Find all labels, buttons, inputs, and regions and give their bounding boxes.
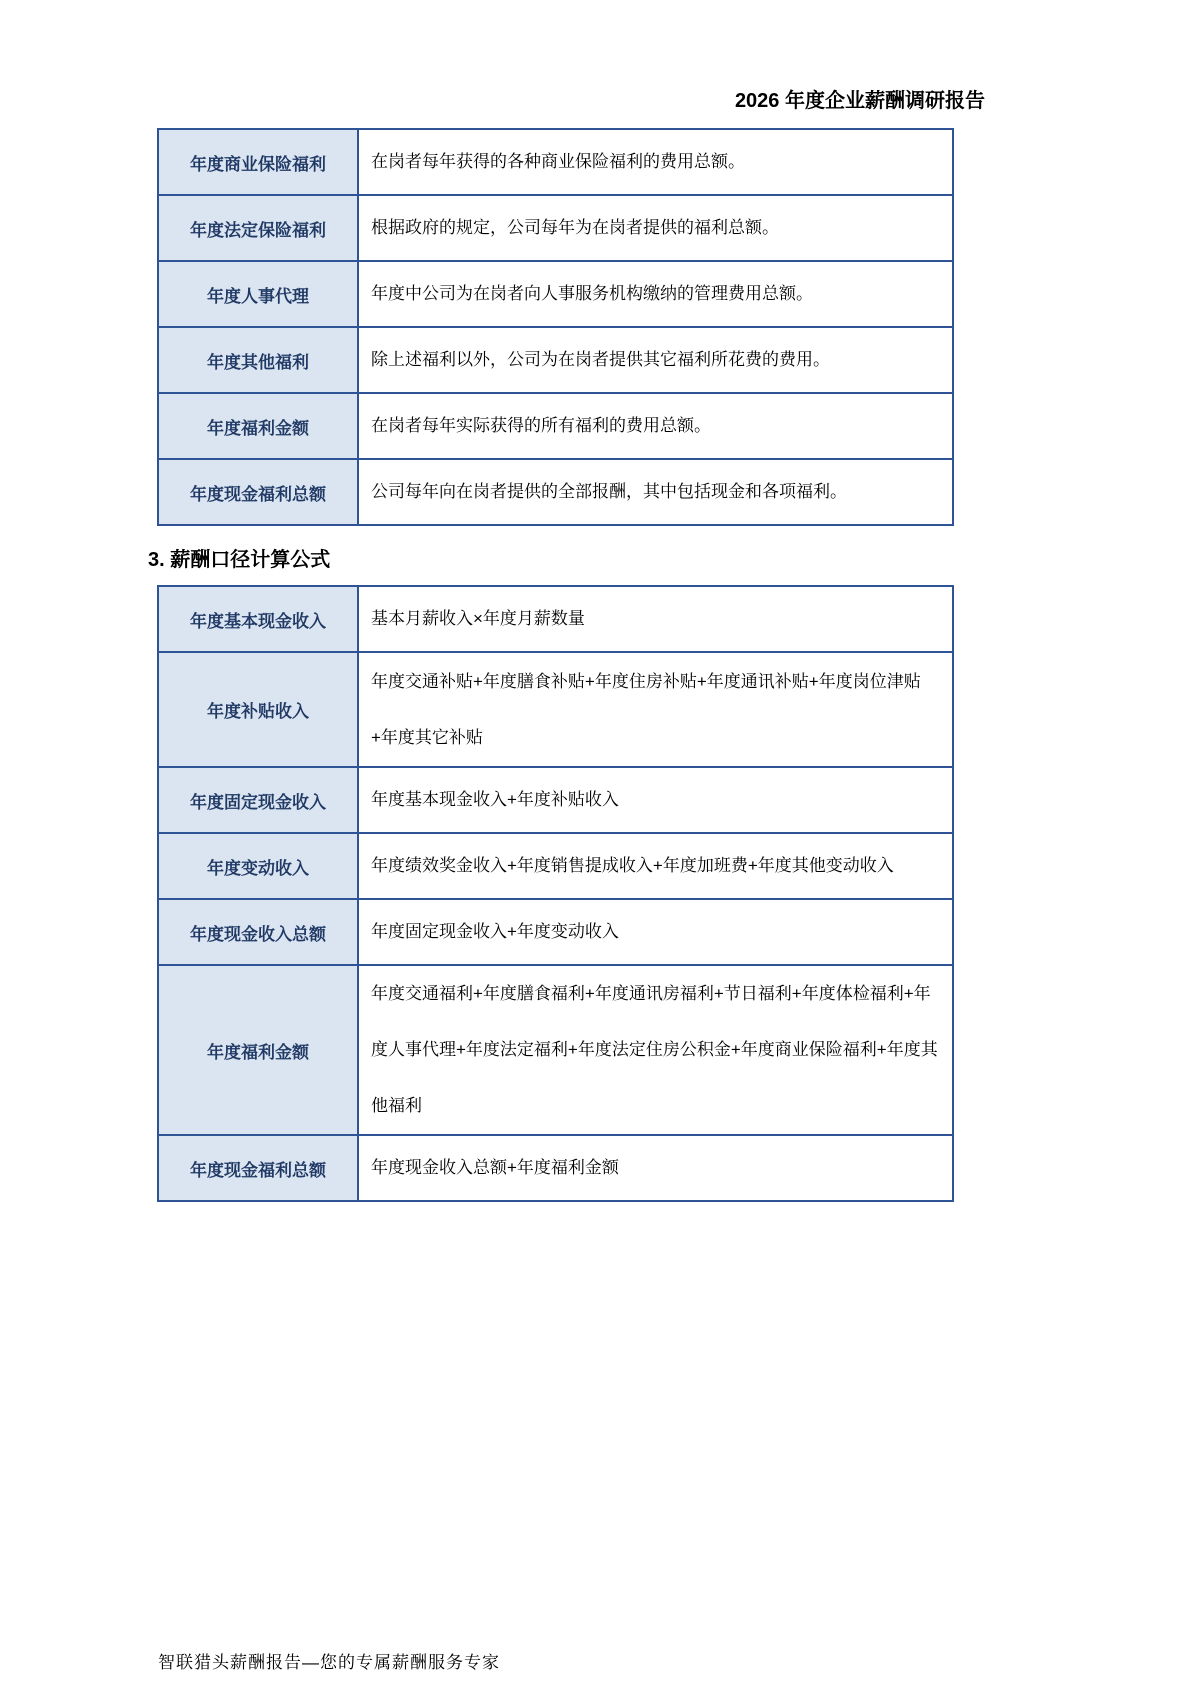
term-cell: 年度商业保险福利 [158, 129, 358, 195]
report-header-title: 2026 年度企业薪酬调研报告 [0, 84, 985, 113]
formula-cell: 年度交通补贴+年度膳食补贴+年度住房补贴+年度通讯补贴+年度岗位津贴+年度其它补… [358, 652, 953, 767]
formula-cell: 年度现金收入总额+年度福利金额 [358, 1135, 953, 1201]
benefit-definitions-table: 年度商业保险福利 在岗者每年获得的各种商业保险福利的费用总额。 年度法定保险福利… [157, 128, 954, 526]
table-row: 年度人事代理 年度中公司为在岗者向人事服务机构缴纳的管理费用总额。 [158, 261, 953, 327]
table-row: 年度现金福利总额 年度现金收入总额+年度福利金额 [158, 1135, 953, 1201]
definition-cell: 在岗者每年获得的各种商业保险福利的费用总额。 [358, 129, 953, 195]
formula-cell: 年度交通福利+年度膳食福利+年度通讯房福利+节日福利+年度体检福利+年度人事代理… [358, 965, 953, 1135]
definition-cell: 在岗者每年实际获得的所有福利的费用总额。 [358, 393, 953, 459]
definition-cell: 公司每年向在岗者提供的全部报酬，其中包括现金和各项福利。 [358, 459, 953, 525]
formula-cell: 基本月薪收入×年度月薪数量 [358, 586, 953, 652]
formula-cell: 年度固定现金收入+年度变动收入 [358, 899, 953, 965]
table-row: 年度现金福利总额 公司每年向在岗者提供的全部报酬，其中包括现金和各项福利。 [158, 459, 953, 525]
report-page: 2026 年度企业薪酬调研报告 年度商业保险福利 在岗者每年获得的各种商业保险福… [0, 0, 1191, 1684]
table-row: 年度现金收入总额 年度固定现金收入+年度变动收入 [158, 899, 953, 965]
table-row: 年度基本现金收入 基本月薪收入×年度月薪数量 [158, 586, 953, 652]
term-cell: 年度基本现金收入 [158, 586, 358, 652]
table-row: 年度变动收入 年度绩效奖金收入+年度销售提成收入+年度加班费+年度其他变动收入 [158, 833, 953, 899]
table-row: 年度福利金额 年度交通福利+年度膳食福利+年度通讯房福利+节日福利+年度体检福利… [158, 965, 953, 1135]
table-row: 年度法定保险福利 根据政府的规定，公司每年为在岗者提供的福利总额。 [158, 195, 953, 261]
table-row: 年度补贴收入 年度交通补贴+年度膳食补贴+年度住房补贴+年度通讯补贴+年度岗位津… [158, 652, 953, 767]
term-cell: 年度变动收入 [158, 833, 358, 899]
formula-cell: 年度绩效奖金收入+年度销售提成收入+年度加班费+年度其他变动收入 [358, 833, 953, 899]
definition-cell: 年度中公司为在岗者向人事服务机构缴纳的管理费用总额。 [358, 261, 953, 327]
term-cell: 年度现金福利总额 [158, 1135, 358, 1201]
definition-cell: 根据政府的规定，公司每年为在岗者提供的福利总额。 [358, 195, 953, 261]
term-cell: 年度其他福利 [158, 327, 358, 393]
term-cell: 年度福利金额 [158, 965, 358, 1135]
table-row: 年度福利金额 在岗者每年实际获得的所有福利的费用总额。 [158, 393, 953, 459]
salary-formulas-table: 年度基本现金收入 基本月薪收入×年度月薪数量 年度补贴收入 年度交通补贴+年度膳… [157, 585, 954, 1202]
definition-cell: 除上述福利以外，公司为在岗者提供其它福利所花费的费用。 [358, 327, 953, 393]
term-cell: 年度固定现金收入 [158, 767, 358, 833]
term-cell: 年度现金收入总额 [158, 899, 358, 965]
table-row: 年度固定现金收入 年度基本现金收入+年度补贴收入 [158, 767, 953, 833]
term-cell: 年度补贴收入 [158, 652, 358, 767]
term-cell: 年度现金福利总额 [158, 459, 358, 525]
section-heading: 3. 薪酬口径计算公式 [148, 543, 330, 572]
term-cell: 年度法定保险福利 [158, 195, 358, 261]
term-cell: 年度人事代理 [158, 261, 358, 327]
table-row: 年度其他福利 除上述福利以外，公司为在岗者提供其它福利所花费的费用。 [158, 327, 953, 393]
table-row: 年度商业保险福利 在岗者每年获得的各种商业保险福利的费用总额。 [158, 129, 953, 195]
report-footer-text: 智联猎头薪酬报告—您的专属薪酬服务专家 [158, 1648, 500, 1673]
term-cell: 年度福利金额 [158, 393, 358, 459]
formula-cell: 年度基本现金收入+年度补贴收入 [358, 767, 953, 833]
